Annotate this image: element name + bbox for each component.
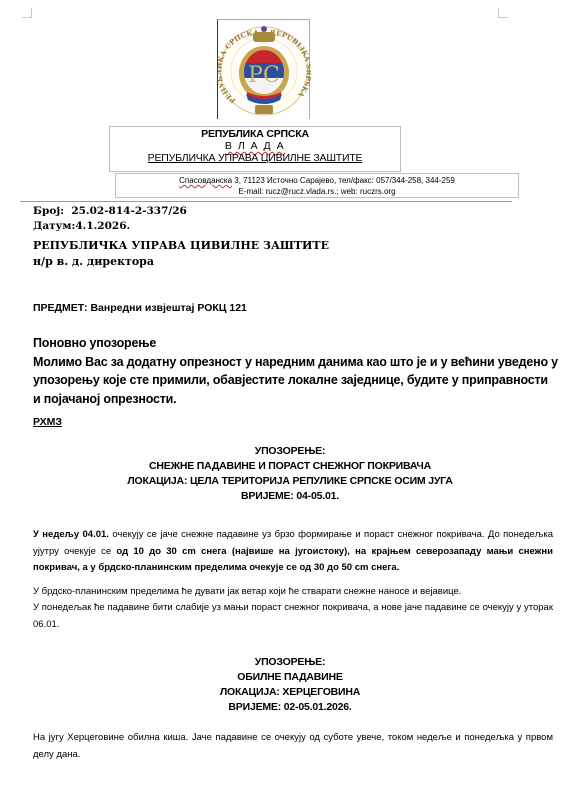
address-rest: 3, 71123 Источно Сарајево, тел/факс: 057… [232,176,455,185]
crest-icon: РЕПУБЛИКА СРПСКА REPUBLIKA SRPSKA РС [218,20,311,120]
intro-heading: Поновно упозорење [33,334,558,353]
coat-of-arms-image: РЕПУБЛИКА СРПСКА REPUBLIKA SRPSKA РС [217,19,310,119]
paragraph-herzegovina-rain: На југу Херцеговине обилна киша. Јаче па… [33,730,553,763]
page-corner-mark-top-right [498,8,508,18]
address-line: Спасовданска 3, 71123 Источно Сарајево, … [116,175,518,186]
source-agency: РХМЗ [33,416,62,428]
warning-type: СНЕЖНЕ ПАДАВИНЕ И ПОРАСТ СНЕЖНОГ ПОКРИВА… [20,459,560,474]
warning-time: ВРИЈЕМЕ: 04-05.01. [20,489,560,504]
subject-line: ПРЕДМЕТ: Ванредни извјештај РОКЦ 121 [33,302,247,314]
document-meta: Број: 25.02-814-2-337/26 Датум:4.1.2026. [33,204,187,234]
page-corner-mark-top-left [22,8,32,18]
paragraph-snow-forecast: У недељу 04.01. очекују се јаче снежне п… [33,527,553,577]
recipient-organization: РЕПУБЛИЧКА УПРАВА ЦИВИЛНЕ ЗАШТИТЕ [33,238,329,254]
letterhead-agency: РЕПУБЛИЧКА УПРАВА ЦИВИЛНЕ ЗАШТИТЕ [110,152,400,164]
warning-title: УПОЗОРЕЊЕ: [20,444,560,459]
warning-block-snow: УПОЗОРЕЊЕ: СНЕЖНЕ ПАДАВИНЕ И ПОРАСТ СНЕЖ… [20,444,560,504]
letterhead-government: В Л А Д А [110,140,400,152]
recipient-block: РЕПУБЛИЧКА УПРАВА ЦИВИЛНЕ ЗАШТИТЕ н/р в.… [33,238,329,270]
recipient-attention: н/р в. д. директора [33,254,329,270]
letterhead-box: РЕПУБЛИКА СРПСКА В Л А Д А РЕПУБЛИЧКА УП… [109,126,401,172]
intro-message: Молимо Вас за додатну опрезност у наредн… [33,353,558,409]
paragraph-monday: У понедељак ће падавине бити слабије уз … [33,600,553,633]
warning-location: ЛОКАЦИЈА: ХЕРЦЕГОВИНА [20,685,560,700]
warning-location: ЛОКАЦИЈА: ЦЕЛА ТЕРИТОРИЈА РЕПУЛИКЕ СРПСК… [20,474,560,489]
document-date: Датум:4.1.2026. [33,219,187,234]
header-divider [20,201,512,202]
address-box: Спасовданска 3, 71123 Источно Сарајево, … [115,173,519,198]
contact-line: E-mail: rucz@rucz.vlada.rs.; web: ruczrs… [116,186,518,197]
svg-text:РС: РС [248,63,280,88]
warning-type: ОБИЛНЕ ПАДАВИНЕ [20,670,560,685]
warning-title: УПОЗОРЕЊЕ: [20,655,560,670]
paragraph-wind: У брдско-планинским пределима ће дувати … [33,584,553,601]
intro-block: Поновно упозорење Молимо Вас за додатну … [33,334,558,408]
address-street: Спасовданска [179,176,232,185]
warning-block-rain: УПОЗОРЕЊЕ: ОБИЛНЕ ПАДАВИНЕ ЛОКАЦИЈА: ХЕР… [20,655,560,715]
document-number: Број: 25.02-814-2-337/26 [33,204,187,219]
letterhead-republic: РЕПУБЛИКА СРПСКА [110,128,400,140]
warning-time: ВРИЈЕМЕ: 02-05.01.2026. [20,700,560,715]
